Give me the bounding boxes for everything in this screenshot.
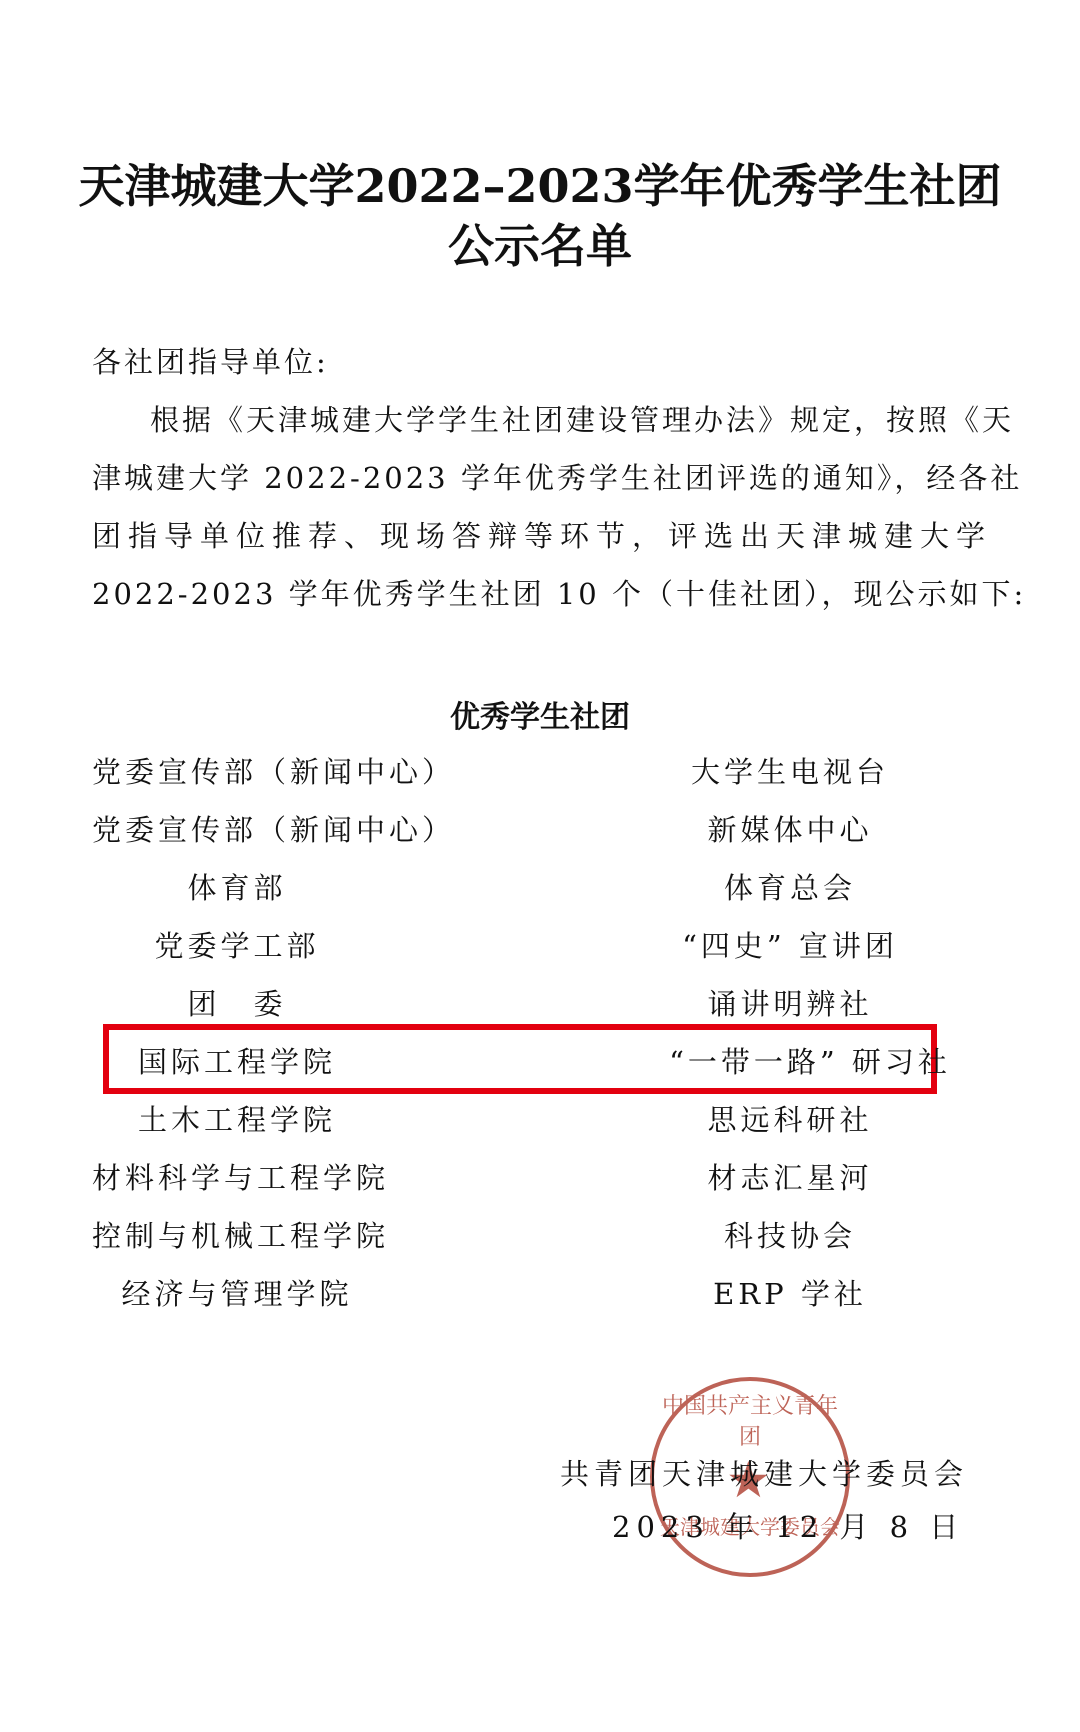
document-title-line1: 天津城建大学2022–2023学年优秀学生社团 <box>0 150 1080 216</box>
unit-name: 国际工程学院 <box>92 1040 382 1081</box>
unit-name: 土木工程学院 <box>92 1098 382 1139</box>
unit-name: 党委宣传部（新闻中心） <box>92 750 382 791</box>
club-name: 材志汇星河 <box>600 1156 980 1197</box>
signature: 共青团天津城建大学委员会 <box>560 1452 968 1493</box>
unit-name: 团 委 <box>92 982 382 1023</box>
club-name: ERP 学社 <box>600 1272 980 1313</box>
list-row: 党委宣传部（新闻中心） 新媒体中心 <box>0 808 1080 848</box>
club-name: 思远科研社 <box>600 1098 980 1139</box>
unit-name: 体育部 <box>92 866 382 907</box>
club-name: 大学生电视台 <box>600 750 980 791</box>
salutation: 各社团指导单位: <box>92 340 329 381</box>
list-row: 党委宣传部（新闻中心） 大学生电视台 <box>0 750 1080 790</box>
list-heading: 优秀学生社团 <box>0 692 1080 736</box>
club-name: 新媒体中心 <box>600 808 980 849</box>
unit-name: 经济与管理学院 <box>92 1272 382 1313</box>
list-row: 体育部 体育总会 <box>0 866 1080 906</box>
body-line-3: 团指导单位推荐、现场答辩等环节，评选出天津城建大学 <box>92 514 992 555</box>
list-row: 党委学工部 “四史” 宣讲团 <box>0 924 1080 964</box>
document-title-line2: 公示名单 <box>0 210 1080 276</box>
body-line-4: 2022-2023 学年优秀学生社团 10 个（十佳社团），现公示如下: <box>92 572 1026 613</box>
seal-ring-text: 中国共产主义青年团 <box>654 1389 846 1451</box>
list-row: 土木工程学院 思远科研社 <box>0 1098 1080 1138</box>
list-row: 团 委 诵讲明辨社 <box>0 982 1080 1022</box>
club-name: 诵讲明辨社 <box>600 982 980 1023</box>
list-row: 经济与管理学院 ERP 学社 <box>0 1272 1080 1312</box>
unit-name: 材料科学与工程学院 <box>92 1156 382 1197</box>
unit-name: 控制与机械工程学院 <box>92 1214 382 1255</box>
issue-date: 2023 年 12 月 8 日 <box>612 1505 964 1546</box>
club-name: 科技协会 <box>600 1214 980 1255</box>
club-name: “四史” 宣讲团 <box>600 924 980 965</box>
list-row: 材料科学与工程学院 材志汇星河 <box>0 1156 1080 1196</box>
list-row-highlighted: 国际工程学院 “一带一路” 研习社 <box>0 1040 1080 1080</box>
body-line-1: 根据《天津城建大学学生社团建设管理办法》规定，按照《天 <box>150 398 1014 439</box>
club-name: “一带一路” 研习社 <box>620 1040 1000 1081</box>
list-row: 控制与机械工程学院 科技协会 <box>0 1214 1080 1254</box>
unit-name: 党委宣传部（新闻中心） <box>92 808 382 849</box>
unit-name: 党委学工部 <box>92 924 382 965</box>
club-name: 体育总会 <box>600 866 980 907</box>
body-line-2: 津城建大学 2022-2023 学年优秀学生社团评选的通知》，经各社 <box>92 456 1022 497</box>
